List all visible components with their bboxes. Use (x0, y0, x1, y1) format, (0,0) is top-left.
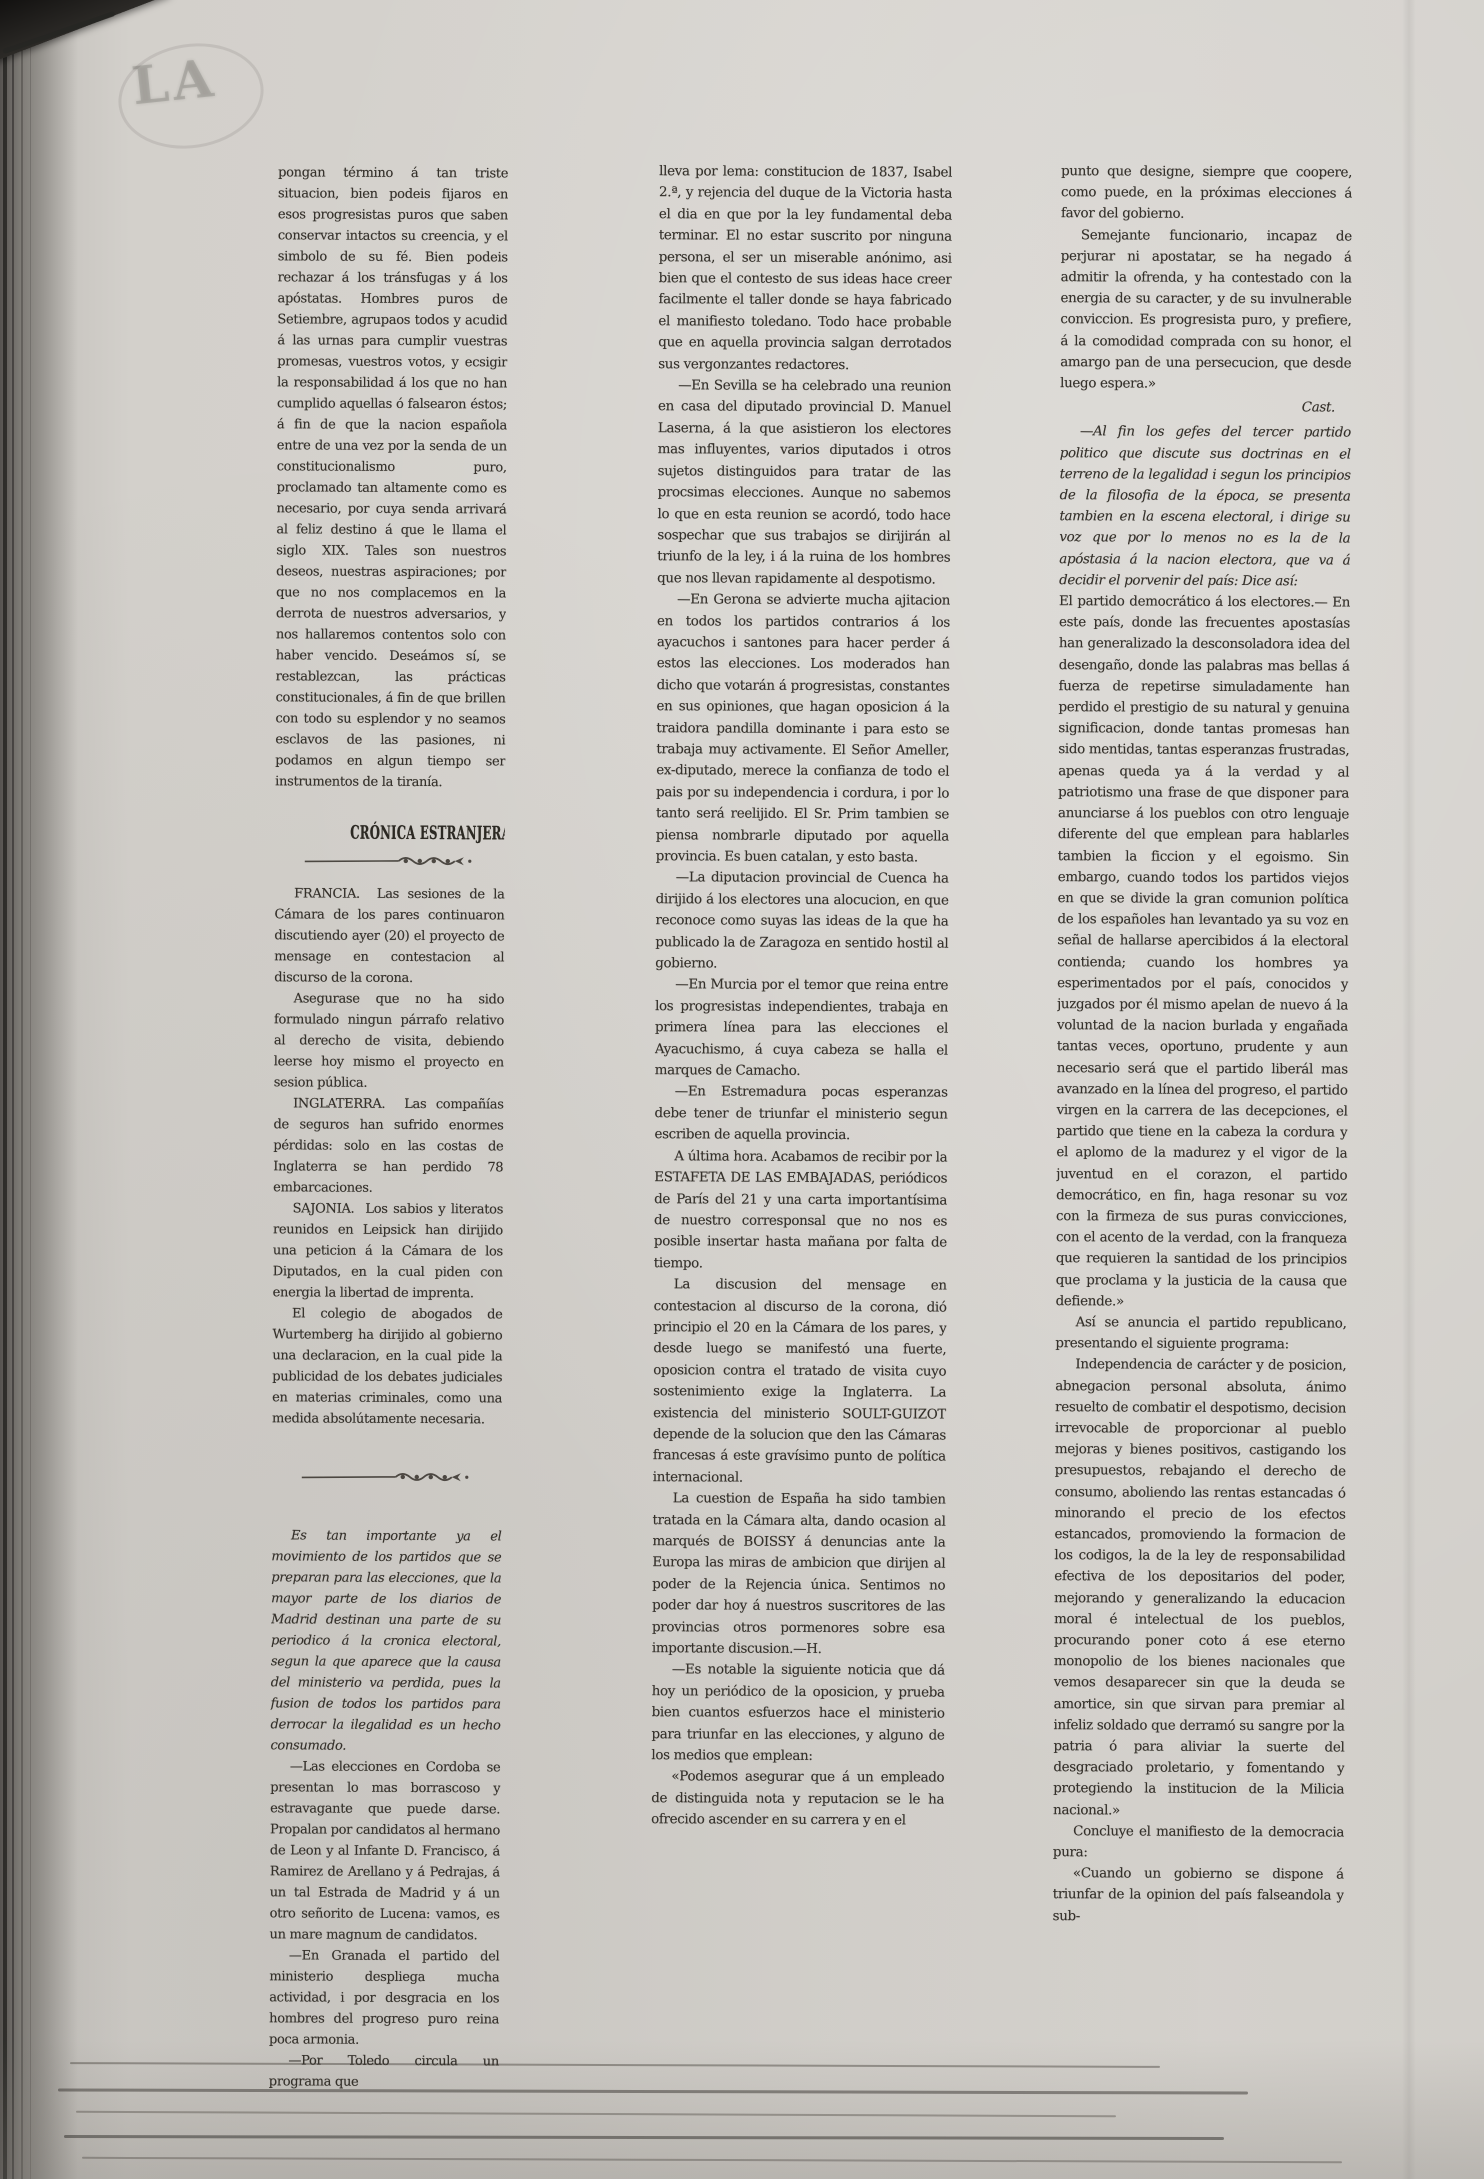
ornament-divider-icon (302, 853, 477, 868)
article-paragraph: El colegio de abogados de Wurtemberg ha … (272, 1303, 503, 1430)
article-paragraph: Asegurase que no ha sido formulado ningu… (274, 988, 505, 1094)
article-paragraph: FRANCIA. Las sesiones de la Cámara de lo… (274, 883, 505, 989)
column-1: pongan término á tan triste situacion, b… (269, 162, 509, 2143)
article-signature: Cast. (1060, 396, 1351, 419)
ornament-divider-icon (299, 1469, 474, 1484)
article-paragraph: pongan término á tan triste situacion, b… (275, 162, 508, 793)
article-paragraph: A última hora. Acabamos de recibir por l… (654, 1146, 948, 1276)
article-paragraph: Concluye el manifiesto de la democracia … (1053, 1821, 1344, 1865)
article-paragraph: Semejante funcionario, incapaz de perjur… (1060, 225, 1352, 396)
ornament-divider (275, 853, 505, 868)
article-paragraph: «Podemos asegurar que á un empleado de d… (651, 1767, 944, 1833)
newspaper-page-scan: LA pongan término á tan triste situacion… (0, 0, 1484, 2179)
article-paragraph: —En Estremadura pocas esperanzas debe te… (654, 1082, 947, 1148)
article-paragraph: —En Murcia por el temor que reina entre … (655, 975, 949, 1083)
column-2: lleva por lema: constitucion de 1837, Is… (649, 161, 952, 2152)
article-paragraph: —En Granada el partido del ministerio de… (269, 1945, 500, 2051)
article-paragraph: Es tan importante ya el movimiento de lo… (270, 1525, 501, 1757)
article-paragraph: Así se anuncia el partido republicano, p… (1055, 1312, 1346, 1356)
article-paragraph: —En Sevilla se ha celebrado una reunion … (657, 375, 951, 590)
article-paragraph: —En Gerona se advierte mucha ajitacion e… (656, 589, 950, 869)
article-paragraph: —Las elecciones en Cordoba se presentan … (269, 1756, 500, 1946)
section-heading-wrap: CRÓNICA ESTRANJERA Y NACIONAL. (275, 822, 505, 846)
article-paragraph: —Es notable la siguiente noticia que dá … (651, 1660, 945, 1768)
article-paragraph: El partido democrático á los electores.—… (1056, 591, 1351, 1313)
article-paragraph: La discusion del mensage en contestacion… (653, 1274, 947, 1489)
column-3: punto que designe, siempre que coopere, … (1051, 161, 1352, 2157)
ornament-divider (272, 1469, 502, 1484)
section-heading: CRÓNICA ESTRANJERA Y NACIONAL. (350, 823, 508, 845)
article-paragraph: lleva por lema: constitucion de 1837, Is… (658, 161, 952, 376)
article-paragraph: «Cuando un gobierno se dispone á triunfa… (1053, 1863, 1344, 1928)
article-text-block: pongan término á tan triste situacion, b… (0, 0, 1484, 2179)
article-paragraph: INGLATERRA. Las compañías de seguros han… (273, 1093, 504, 1199)
article-paragraph: —Al fin los gefes del tercer partido pol… (1059, 422, 1351, 593)
article-paragraph: —Por Toledo circula un programa que (269, 2050, 499, 2093)
article-paragraph: La cuestion de España ha sido tambien tr… (652, 1488, 946, 1661)
article-paragraph: —La diputacion provincial de Cuenca ha d… (655, 868, 949, 976)
article-paragraph: SAJONIA. Los sabios y literatos reunidos… (273, 1198, 504, 1304)
article-paragraph: Independencia de carácter y de posicion,… (1053, 1354, 1346, 1822)
article-paragraph: punto que designe, siempre que coopere, … (1061, 161, 1352, 226)
